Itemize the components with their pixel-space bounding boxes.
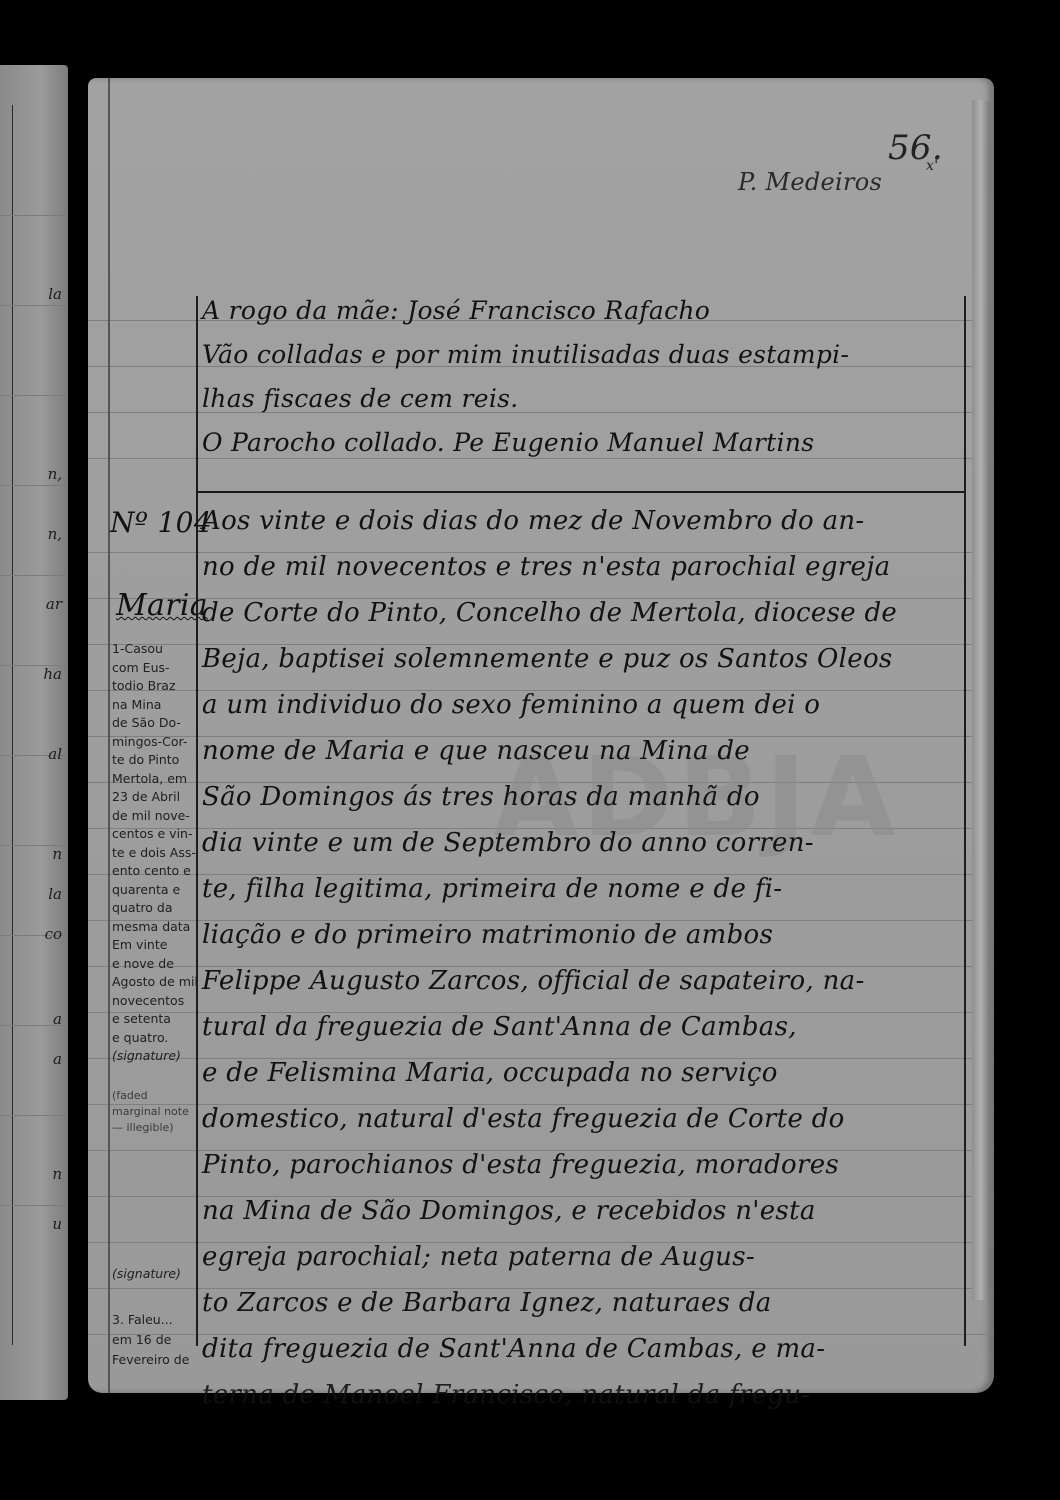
margin-note-line: novecentos [112,992,198,1011]
facing-page-fragment: la n, n, ar ha al n la co a a n u [0,65,68,1400]
closing-line: lhas fiscaes de cem reis. [202,384,519,413]
margin-note-1: 1-Casou com Eus- todio Braz na Mina de S… [112,640,198,1066]
ruling [0,305,68,306]
margin-note-line: 23 de Abril [112,788,198,807]
record-line: dita freguezia de Sant'Anna de Cambas, e… [202,1334,825,1364]
facing-page-text: al [48,745,62,763]
margin-note-line: 3. Faleu... [112,1310,189,1330]
record-line: nome de Maria e que nasceu na Mina de [202,736,750,766]
margin-note-line: e nove de [112,955,198,974]
margin-note-line: quatro da [112,899,198,918]
facing-page-column-rule [12,105,13,1345]
record-line: e de Felismina Maria, occupada no serviç… [202,1058,778,1088]
margin-note-line: e quatro. [112,1029,198,1048]
entry-name: Maria [116,588,208,623]
closing-line: A rogo da mãe: José Francisco Rafacho [202,296,710,325]
priest-signature-line: O Parocho collado. Pe Eugenio Manuel Mar… [202,428,814,457]
record-line: liação e do primeiro matrimonio de ambos [202,920,773,950]
margin-note-line: ento cento e [112,862,198,881]
facing-page-text: n, [48,465,62,483]
record-line: domestico, natural d'esta freguezia de C… [202,1104,845,1134]
ruling [88,458,994,459]
margin-note-signature: (signature) [112,1266,181,1281]
record-line: no de mil novecentos e tres n'esta paroc… [202,552,890,582]
margin-note-line: em 16 de [112,1330,189,1350]
facing-page-text: n, [48,525,62,543]
ruling [0,485,68,486]
record-line: tural da freguezia de Sant'Anna de Camba… [202,1012,797,1042]
margin-note-line: te e dois Ass- [112,844,198,863]
margin-note-line: e setenta [112,1010,198,1029]
margin-note-line: na Mina [112,696,198,715]
record-line: te, filha legitima, primeira de nome e d… [202,874,782,904]
record-line: na Mina de São Domingos, e recebidos n'e… [202,1196,816,1226]
margin-note-signature: (signature) [112,1047,198,1066]
record-line: Aos vinte e dois dias do mez de Novembro… [202,506,865,536]
ruling [0,215,68,216]
record-line: egreja parochial; neta paterna de Augus- [202,1242,755,1272]
margin-note-line: Agosto de mil [112,973,198,992]
margin-note-line: de mil nove- [112,807,198,826]
margin-note-line: mingos-Cor- [112,733,198,752]
facing-page-text: la [48,885,62,903]
facing-page-text: u [52,1215,62,1233]
closing-line: Vão colladas e por mim inutilisadas duas… [202,340,849,369]
entry-separator [196,491,966,493]
record-line: terna de Manoel Francisco, natural da fr… [202,1380,810,1410]
facing-page-text: a [53,1050,62,1068]
margin-note-line: quarenta e [112,881,198,900]
facing-page-text: n [52,1165,62,1183]
margin-note-line: 1-Casou [112,640,198,659]
page-stack-edge [972,100,990,1300]
margin-note-line: Fevereiro de [112,1350,189,1370]
margin-note-3: 3. Faleu... em 16 de Fevereiro de [112,1310,189,1370]
facing-page-text: ha [43,665,62,683]
facing-page-text: n [52,845,62,863]
left-margin-rule [108,78,110,1393]
record-line: São Domingos ás tres horas da manhã do [202,782,760,812]
ruling [0,395,68,396]
ruling [0,1205,68,1206]
margin-note-line: centos e vin- [112,825,198,844]
header-signature: P. Medeiros [738,168,882,196]
margin-note-line: Em vinte [112,936,198,955]
margin-note-line: todio Braz [112,677,198,696]
ruling [0,575,68,576]
margin-note-line: Mertola, em [112,770,198,789]
record-line: Pinto, parochianos d'esta freguezia, mor… [202,1150,839,1180]
entry-number: Nº 104 [110,506,212,539]
record-line: Felippe Augusto Zarcos, official de sapa… [202,966,865,996]
right-column-rule [964,296,966,1346]
record-line: to Zarcos e de Barbara Ignez, naturaes d… [202,1288,772,1318]
margin-note-line: (faded marginal note — illegible) [112,1088,196,1136]
record-line: Beja, baptisei solemnemente e puz os San… [202,644,893,674]
corner-mark: x' [926,158,938,174]
margin-note-line: te do Pinto [112,751,198,770]
margin-note-line: com Eus- [112,659,198,678]
ruling [0,1115,68,1116]
facing-page-text: a [53,1010,62,1028]
record-line: a um individuo do sexo feminino a quem d… [202,690,820,720]
record-line: dia vinte e um de Septembro do anno corr… [202,828,814,858]
facing-page-text: ar [46,595,62,613]
margin-note-2: (faded marginal note — illegible) (signa… [112,1088,196,1258]
record-line: de Corte do Pinto, Concelho de Mertola, … [202,598,897,628]
facing-page-text: la [48,285,62,303]
facing-page-text: co [45,925,62,943]
margin-note-line: de São Do- [112,714,198,733]
margin-note-line: mesma data [112,918,198,937]
register-page: 56. P. Medeiros x' A rogo da mãe: José F… [88,78,994,1393]
